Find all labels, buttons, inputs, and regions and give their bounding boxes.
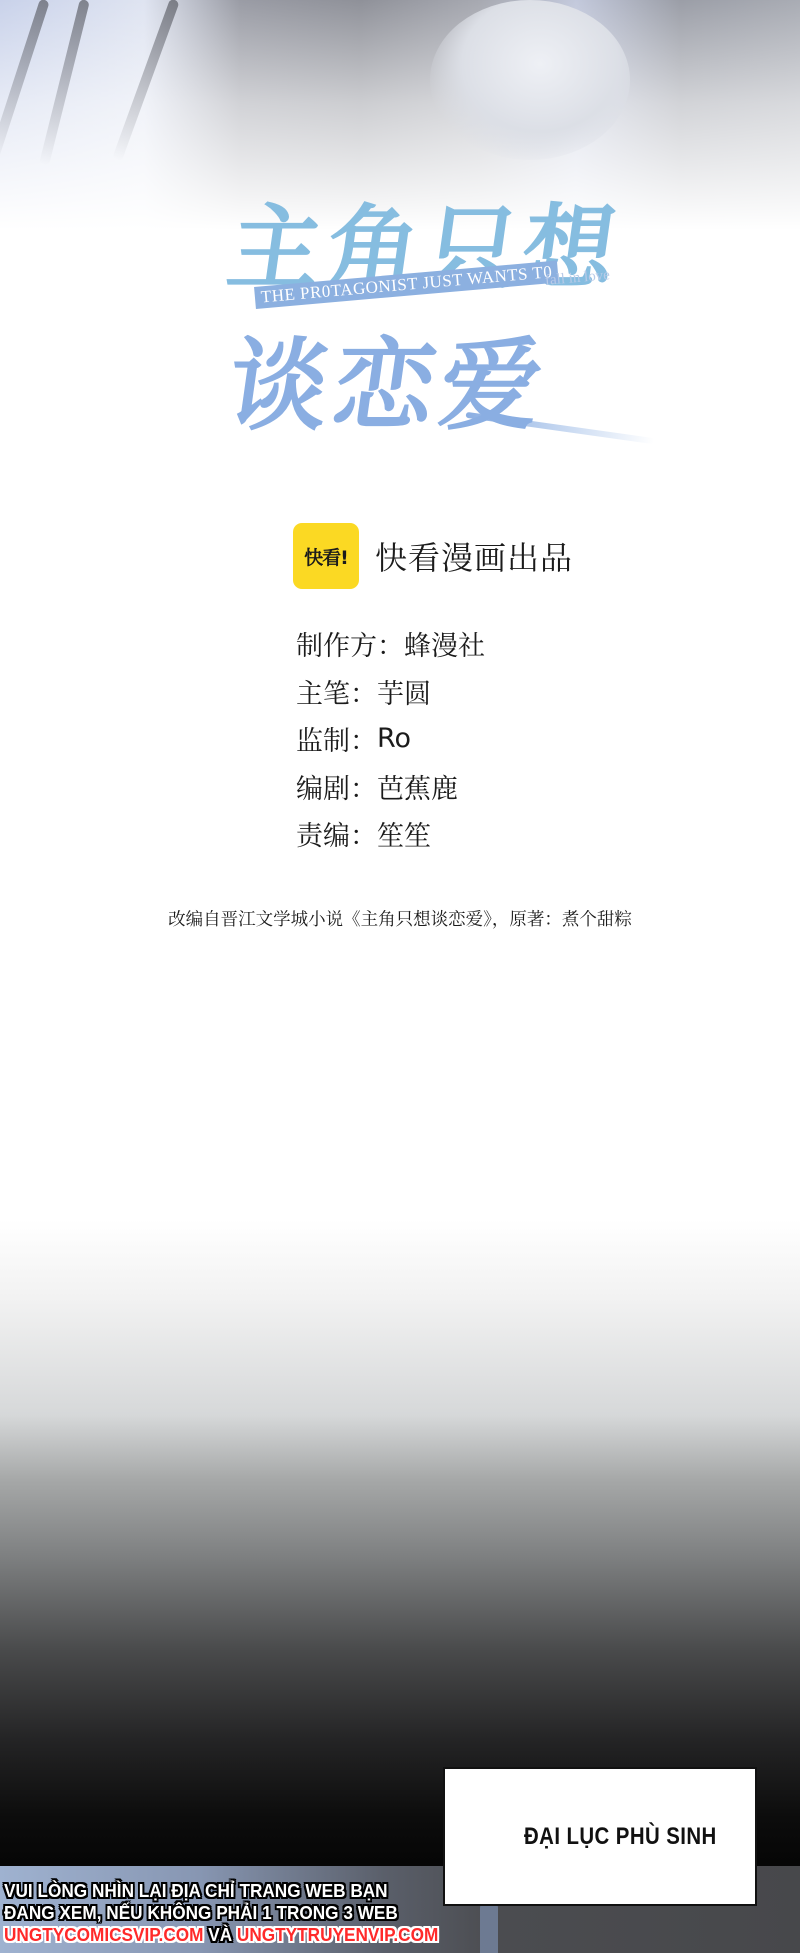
notice-links: UNGTYCOMICSVIP.COM VÀ UNGTYTRUYENVIP.COM bbox=[4, 1924, 413, 1946]
notice-joiner: VÀ bbox=[203, 1924, 236, 1945]
credit-name: 笙笙 bbox=[377, 814, 431, 853]
publisher-credit: 快看! 快看漫画出品 bbox=[293, 523, 573, 589]
credit-line: 主笔：芋圆 bbox=[296, 668, 485, 716]
kuaikan-logo-icon: 快看! bbox=[293, 523, 359, 589]
notice-line2: ĐANG XEM, NẾU KHÔNG PHẢI 1 TRONG 3 WEB bbox=[4, 1902, 413, 1924]
figure-silhouette bbox=[480, 1900, 498, 1953]
credit-name: 芋圆 bbox=[377, 672, 431, 711]
credit-role: 责编： bbox=[296, 814, 377, 853]
staff-credits: 制作方：蜂漫社 主笔：芋圆 监制：Ro 编剧：芭蕉鹿 责编：笙笙 bbox=[296, 620, 485, 858]
credit-line: 监制：Ro bbox=[296, 715, 485, 763]
title-cn-line2: 谈恋爱 bbox=[220, 305, 558, 449]
series-title-logo: 主角只想 THE PR0TAGONIST JUST WANTS T0 fall … bbox=[215, 175, 655, 445]
credit-role: 制作方： bbox=[296, 624, 404, 663]
publisher-label: 快看漫画出品 bbox=[375, 533, 573, 579]
credit-name: 芭蕉鹿 bbox=[377, 767, 458, 806]
caption-box: ĐẠI LỤC PHÙ SINH bbox=[443, 1767, 757, 1906]
credit-line: 制作方：蜂漫社 bbox=[296, 620, 485, 668]
site-link-1[interactable]: UNGTYCOMICSVIP.COM bbox=[4, 1924, 203, 1945]
hair-strand bbox=[112, 0, 180, 161]
credit-name: 蜂漫社 bbox=[404, 624, 485, 663]
site-link-2[interactable]: UNGTYTRUYENVIP.COM bbox=[237, 1924, 438, 1945]
hand-illustration bbox=[430, 0, 630, 160]
credit-line: 责编：笙笙 bbox=[296, 810, 485, 858]
caption-text: ĐẠI LỤC PHÙ SINH bbox=[524, 1823, 717, 1851]
credit-role: 编剧： bbox=[296, 767, 377, 806]
hair-strand bbox=[0, 0, 50, 163]
credit-line: 编剧：芭蕉鹿 bbox=[296, 763, 485, 811]
hair-strand bbox=[39, 0, 90, 166]
credit-name: Ro bbox=[377, 723, 411, 754]
credit-role: 监制： bbox=[296, 719, 377, 758]
notice-line1: VUI LÒNG NHÌN LẠI ĐỊA CHỈ TRANG WEB BẠN bbox=[4, 1880, 413, 1902]
site-notice: VUI LÒNG NHÌN LẠI ĐỊA CHỈ TRANG WEB BẠN … bbox=[4, 1880, 413, 1946]
credit-role: 主笔： bbox=[296, 672, 377, 711]
adaptation-note: 改编自晋江文学城小说《主角只想谈恋爱》，原著：煮个甜粽 bbox=[0, 906, 800, 931]
